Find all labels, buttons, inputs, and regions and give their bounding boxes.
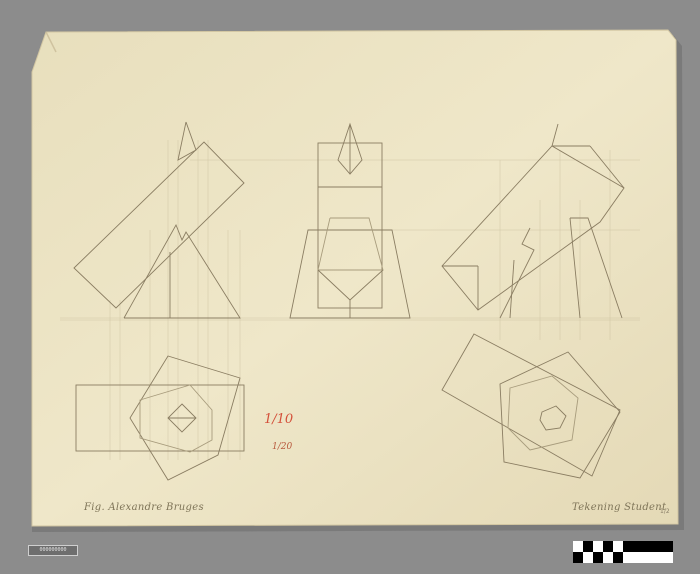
archive-id-tag: 000000000 (28, 545, 78, 556)
signature-left: Fig. Alexandre Bruges (84, 502, 204, 513)
red-scale-annotation: 1/10 1/20 (258, 412, 308, 467)
scan-sheet: Fig. Alexandre Bruges Tekening Student 1… (0, 0, 700, 574)
page-number: 1/2 (660, 508, 670, 515)
scale-top: 1/10 (264, 412, 293, 427)
drawing-paper (0, 0, 700, 574)
signature-right: Tekening Student (572, 502, 666, 513)
color-checker-scale-bar (573, 541, 673, 563)
scale-bottom: 1/20 (272, 442, 292, 452)
